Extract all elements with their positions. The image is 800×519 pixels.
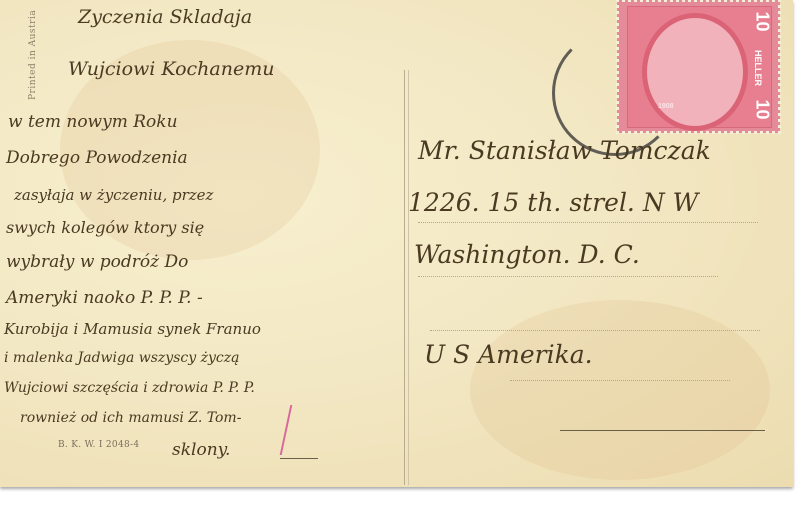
stamp-portrait	[642, 13, 748, 131]
message-line: Wujciowi Kochanemu	[68, 58, 275, 80]
message-line: Wujciowi szczęścia i zdrowia P. P. P.	[4, 380, 255, 396]
message-line: rownież od ich mamusi Z. Tom-	[20, 410, 241, 426]
address-line: 1226. 15 th. strel. N W	[408, 188, 698, 217]
stamp-unit: HELLER	[753, 50, 763, 86]
stamp-value-bottom: 10	[752, 99, 773, 119]
postage-stamp: 10 10 HELLER 1908	[617, 0, 780, 133]
message-line: Ameryki naoko P. P. P. -	[6, 288, 203, 308]
paper-stain	[470, 300, 770, 480]
message-line: zasyłaja w życzeniu, przez	[14, 186, 213, 204]
pink-pencil-mark	[280, 405, 315, 455]
address-line: Mr. Stanisław Tomczak	[418, 136, 711, 165]
message-line: Dobrego Powodzenia	[6, 148, 188, 168]
stamp-frame: 10 10 HELLER 1908	[627, 6, 772, 128]
message-line: swych kolegów ktory się	[6, 218, 204, 237]
address-rule	[430, 330, 760, 331]
address-rule	[510, 380, 730, 381]
address-line: Washington. D. C.	[414, 240, 640, 269]
imprint-text: Printed in Austria	[28, 10, 38, 100]
postcard-back: Printed in Austria Zyczenia Skladaja Wuj…	[0, 0, 793, 487]
message-line: Zyczenia Skladaja	[78, 6, 252, 28]
stamp-year: 1908	[658, 103, 674, 110]
series-number: B. K. W. I 2048-4	[58, 440, 139, 450]
message-line: wybrały w podróż Do	[6, 252, 188, 272]
message-line: Kurobija i Mamusia synek Franuo	[4, 320, 261, 338]
address-line: U S Amerika.	[424, 340, 593, 369]
stamp-value-top: 10	[752, 11, 773, 31]
address-rule	[418, 222, 758, 223]
address-rule-bottom	[560, 430, 765, 431]
message-line: i malenka Jadwiga wszyscy życzą	[4, 350, 239, 366]
signature-underline	[280, 458, 318, 459]
message-line: w tem nowym Roku	[8, 112, 178, 132]
center-divider	[404, 70, 409, 485]
address-rule	[418, 276, 718, 277]
message-line: sklony.	[172, 440, 230, 460]
